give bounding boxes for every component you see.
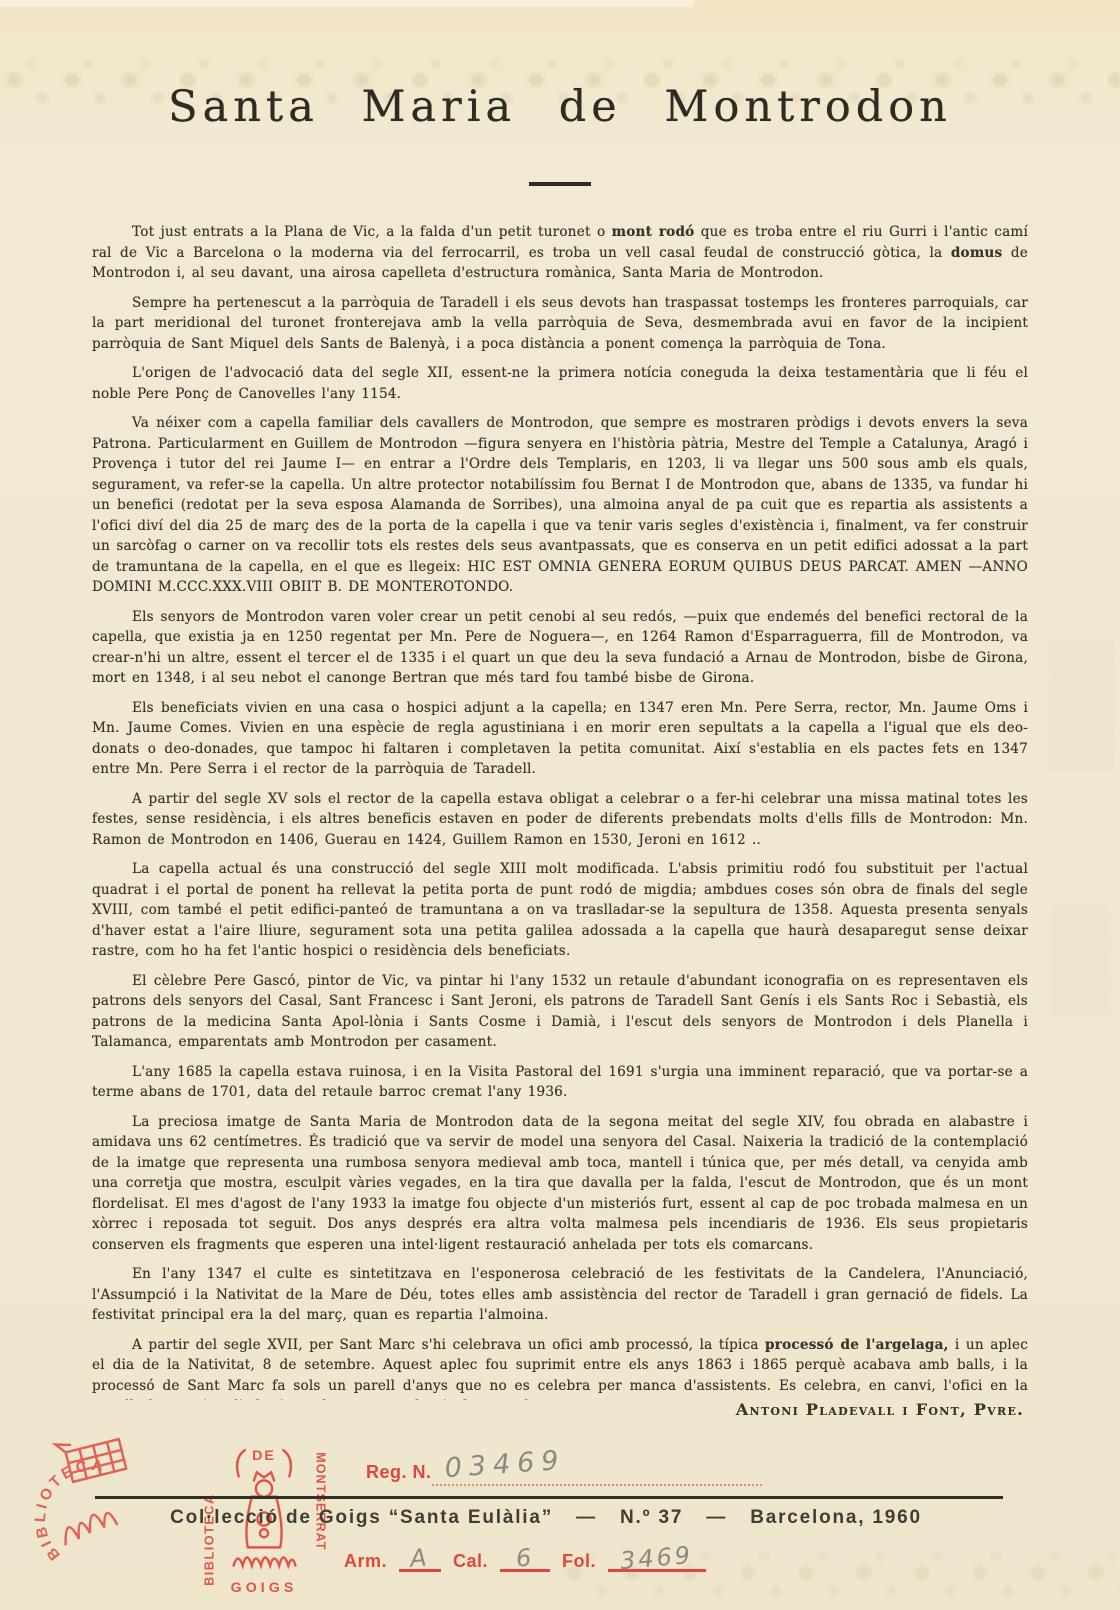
paragraph: Els senyors de Montrodon varen voler cre… [92,607,1028,689]
text-run: En l'any 1347 el culte es sintetitzava e… [92,1266,1028,1323]
paragraph: Els beneficiats vivien en una casa o hos… [92,698,1028,780]
library-round-stamp: BIBLIOTECA [7,1418,172,1590]
text-run: L'any 1685 la capella estava ruinosa, i … [92,1064,1028,1101]
cal-label: Cal. [453,1551,488,1572]
paragraph: A partir del segle XVII, per Sant Marc s… [92,1335,1028,1401]
title-divider [529,182,591,186]
paragraph: L'origen de l'advocació data del segle X… [92,363,1028,404]
emphasized-text: domus [951,245,1003,261]
text-run: El cèlebre Pere Gascó, pintor de Vic, va… [92,973,1028,1051]
issue-number: N.º 37 [620,1507,683,1528]
place-year: Barcelona, 1960 [750,1507,922,1528]
document-title: Santa Maria de Montrodon [0,82,1120,132]
paragraph: Tot just entrats a la Plana de Vic, a la… [92,222,1028,284]
text-run: A partir del segle XVII, per Sant Marc s… [132,1337,765,1353]
reg-dotted-line [432,1484,762,1486]
paragraph: Sempre ha pertenescut a la parròquia de … [92,293,1028,355]
fol-value-handwritten: 3469 [619,1541,694,1575]
arm-value-handwritten: A [409,1543,431,1573]
emphasized-text: processó de l'argelaga, [765,1337,948,1353]
collection-name: Col·lecció de Goigs “Santa Eulàlia” [170,1507,553,1528]
dash-separator: — [576,1507,597,1528]
text-run: L'origen de l'advocació data del segle X… [92,365,1028,402]
paragraph: L'any 1685 la capella estava ruinosa, i … [92,1062,1028,1103]
show-through-text-ghost [1050,905,1110,1015]
reg-number-handwritten: 03469 [443,1445,566,1484]
scan-edge [0,0,694,7]
paragraph: A partir del segle XV sols el rector de … [92,789,1028,851]
cal-value-handwritten: 6 [515,1543,536,1572]
stamp-word-bottom: GOIGS [231,1580,298,1594]
fol-label: Fol. [562,1551,596,1572]
reg-label: Reg. N. [366,1462,432,1482]
serrated-mountain-icon [234,1558,296,1566]
author-signature: Antoni Pladevall i Font, Pvre. [736,1400,1024,1419]
stamp-word-top: DE [252,1448,276,1464]
text-run: Els senyors de Montrodon varen voler cre… [92,609,1028,687]
stamp-word-right: MONTSERRAT [314,1452,328,1551]
registration-line: Reg. N. 03469 [366,1454,566,1485]
text-run: La capella actual és una construcció del… [92,861,1028,959]
text-run: Sempre ha pertenescut a la parròquia de … [92,295,1028,352]
text-run: A partir del segle XV sols el rector de … [92,791,1028,848]
text-run: Va néixer com a capella familiar dels ca… [92,415,1028,595]
document-body: Tot just entrats a la Plana de Vic, a la… [92,222,1028,1400]
text-run: Tot just entrats a la Plana de Vic, a la… [132,224,612,240]
cal-slot: 6 [500,1541,550,1572]
footer-imprint: Col·lecció de Goigs “Santa Eulàlia” — N.… [0,1507,1092,1529]
document-page: Santa Maria de Montrodon Tot just entrat… [0,0,1120,1610]
paragraph: En l'any 1347 el culte es sintetitzava e… [92,1264,1028,1326]
paragraph: La capella actual és una construcció del… [92,859,1028,962]
footer-rule [95,1496,1003,1499]
text-run: Els beneficiats vivien en una casa o hos… [92,700,1028,778]
paragraph: El cèlebre Pere Gascó, pintor de Vic, va… [92,971,1028,1053]
paragraph: La preciosa imatge de Santa Maria de Mon… [92,1112,1028,1256]
shelfmark-line: Arm. A Cal. 6 Fol. 3469 [344,1541,706,1572]
dash-separator: — [706,1507,727,1528]
fol-slot: 3469 [608,1541,706,1572]
paragraph: Va néixer com a capella familiar dels ca… [92,413,1028,598]
arm-label: Arm. [344,1551,387,1572]
arm-slot: A [399,1541,441,1572]
show-through-text-ghost [1048,640,1114,770]
text-run: La preciosa imatge de Santa Maria de Mon… [92,1114,1028,1253]
emphasized-text: mont rodó [612,224,695,240]
